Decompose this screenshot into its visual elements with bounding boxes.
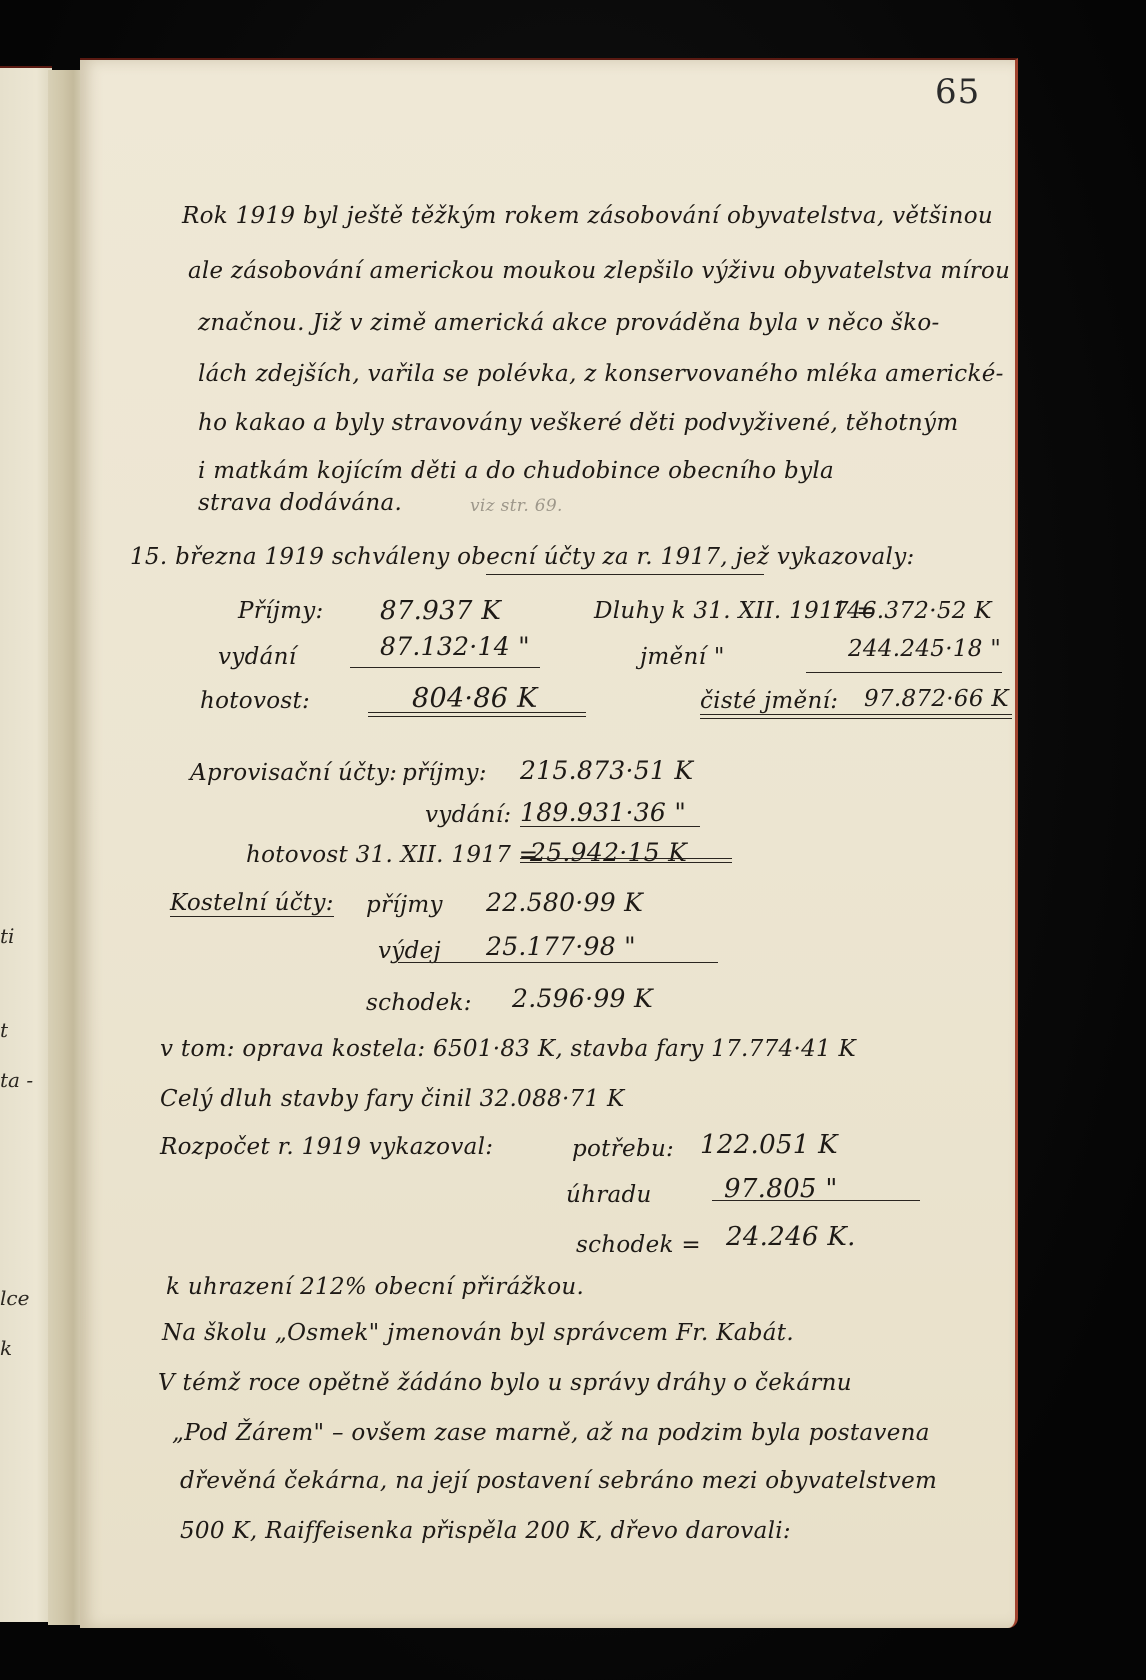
left-fragment: t <box>0 1018 46 1042</box>
accounts-label: vydání <box>218 644 296 670</box>
book-gutter <box>48 70 84 1625</box>
provisioning-label: příjmy: <box>402 760 487 786</box>
accounts-value: 244.245·18 " <box>848 636 1001 662</box>
sum-rule <box>520 826 700 827</box>
church-label: příjmy <box>366 892 443 918</box>
church-label: výdej <box>378 938 441 964</box>
paragraph-1-line: i matkám kojícím děti a do chudobince ob… <box>198 458 834 484</box>
church-value: 22.580·99 K <box>486 888 643 917</box>
accounts-value: 804·86 K <box>412 683 538 714</box>
church-title: Kostelní účty: <box>170 890 334 917</box>
paragraph-2-line: V témž roce opětně žádáno bylo u správy … <box>158 1370 852 1396</box>
paragraph-2-line: Na školu „Osmek" jmenován byl správcem F… <box>162 1320 794 1346</box>
budget-intro: Rozpočet r. 1919 vykazoval: <box>160 1134 493 1160</box>
paragraph-1-line: značnou. Již v zimě americká akce provád… <box>198 310 940 336</box>
paragraph-1-line: lách zdejších, vařila se polévka, z kons… <box>198 361 1004 387</box>
sum-rule <box>712 1200 920 1201</box>
accounts-value: 87.132·14 " <box>380 632 530 661</box>
left-fragment: ta - <box>0 1068 46 1092</box>
budget-label: schodek = <box>576 1232 701 1258</box>
left-fragment: lce <box>0 1286 46 1310</box>
page-number: 65 <box>935 72 980 112</box>
paragraph-1-line: ale zásobování americkou moukou zlepšilo… <box>188 258 1010 284</box>
left-fragment: ti <box>0 924 46 948</box>
paragraph-2-line: dřevěná čekárna, na její postavení sebrá… <box>180 1468 937 1494</box>
sum-rule <box>806 672 1002 673</box>
total-double-rule <box>700 714 1012 719</box>
paragraph-2-line: „Pod Žárem" – ovšem zase marně, až na po… <box>172 1420 930 1446</box>
sum-rule <box>350 667 540 668</box>
total-double-rule <box>520 858 732 863</box>
church-label: schodek: <box>366 990 472 1016</box>
paragraph-1-line: ho kakao a byly stravovány veškeré děti … <box>198 410 958 436</box>
sum-rule <box>398 962 718 963</box>
details-line: v tom: oprava kostela: 6501·83 K, stavba… <box>160 1036 856 1062</box>
budget-value: 122.051 K <box>700 1130 838 1160</box>
accounts-value: 87.937 K <box>380 596 501 626</box>
budget-coverage: k uhrazení 212% obecní přirážkou. <box>166 1274 584 1300</box>
church-value: 2.596·99 K <box>512 984 653 1013</box>
details-line: Celý dluh stavby fary činil 32.088·71 K <box>160 1086 625 1112</box>
accounts-label: jmění " <box>640 644 725 670</box>
left-page-sliver: ti t ta - lce k <box>0 66 52 1622</box>
pencil-note: viz str. 69. <box>470 496 563 516</box>
budget-value: 24.246 K. <box>726 1222 856 1252</box>
accounts-label: čisté jmění: <box>700 688 838 714</box>
paragraph-2-line: 500 K, Raiffeisenka přispěla 200 K, dřev… <box>180 1518 791 1544</box>
provisioning-label: vydání: <box>425 802 511 828</box>
church-value: 25.177·98 " <box>486 932 636 961</box>
provisioning-value: 215.873·51 K <box>520 756 693 785</box>
accounts-value: 97.872·66 K <box>864 686 1009 712</box>
accounts-intro: 15. března 1919 schváleny obecní účty za… <box>130 544 915 570</box>
provisioning-title: Aprovisační účty: <box>190 760 397 786</box>
accounts-label: Příjmy: <box>238 598 324 624</box>
paragraph-1-line: Rok 1919 byl ještě těžkým rokem zásobová… <box>182 203 993 229</box>
underline <box>486 574 764 575</box>
provisioning-label: hotovost 31. XII. 1917 = <box>246 842 538 868</box>
budget-label: potřebu: <box>572 1136 674 1162</box>
accounts-label: hotovost: <box>200 688 310 714</box>
left-fragment: k <box>0 1336 46 1360</box>
paragraph-1-line: strava dodávána. <box>198 490 402 516</box>
provisioning-value: 189.931·36 " <box>520 798 686 827</box>
accounts-value: 146.372·52 K <box>832 598 992 624</box>
total-double-rule <box>368 712 586 717</box>
budget-label: úhradu <box>566 1182 652 1208</box>
